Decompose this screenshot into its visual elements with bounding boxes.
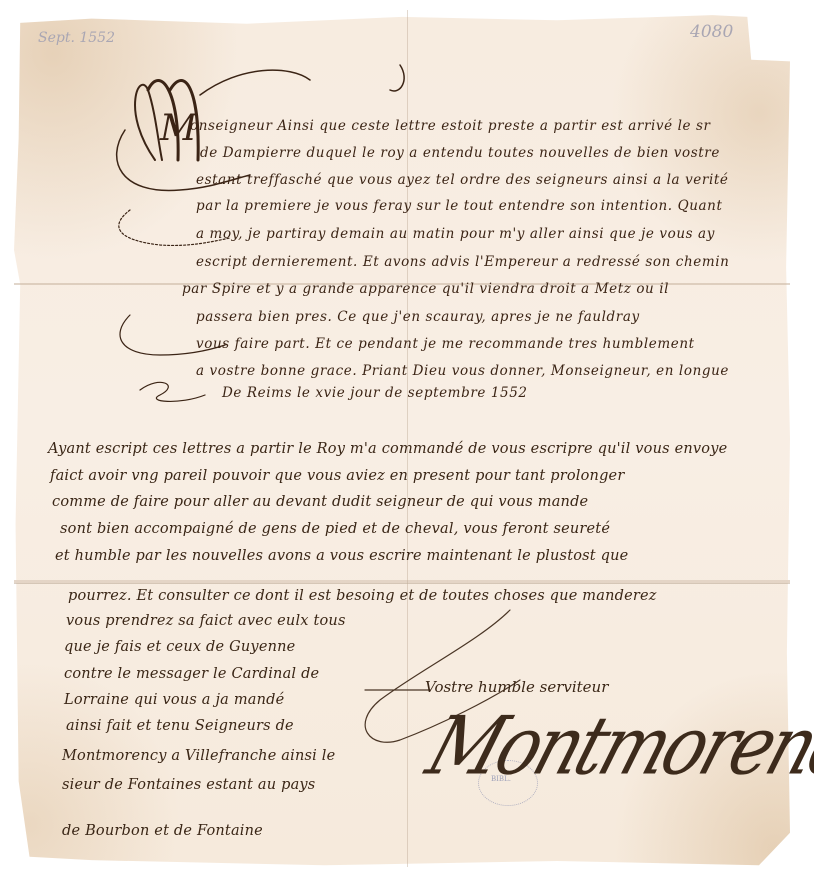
text-line: onseigneur Ainsi que ceste lettre estoit… [190, 118, 711, 134]
text-line: a vostre bonne grace. Priant Dieu vous d… [196, 363, 729, 379]
text-line: sieur de Fontaines estant au pays [62, 777, 315, 793]
text-line: faict avoir vng pareil pouvoir que vous … [50, 468, 624, 484]
text-line: que je fais et ceux de Guyenne [64, 639, 295, 655]
text-line: contre le messager le Cardinal de [64, 666, 319, 682]
text-line: de Dampierre duquel le roy a entendu tou… [200, 145, 720, 161]
text-line: ainsi fait et tenu Seigneurs de [66, 718, 294, 734]
signature: Montmorency [417, 699, 814, 793]
text-line: escript dernierement. Et avons advis l'E… [196, 254, 729, 270]
fold-crease-lower [14, 580, 790, 583]
text-line: pourrez. Et consulter ce dont il est bes… [68, 588, 657, 604]
text-line: de Bourbon et de Fontaine [62, 823, 263, 839]
text-line: estant treffasché que vous ayez tel ordr… [196, 172, 728, 188]
text-line: comme de faire pour aller au devant dudi… [52, 494, 588, 510]
text-line: et humble par les nouvelles avons a vous… [55, 548, 628, 564]
text-line: par Spire et y a grande apparence qu'il … [182, 281, 669, 297]
text-line: Lorraine qui vous a ja mandé [64, 692, 284, 708]
text-line: passera bien pres. Ce que j'en scauray, … [196, 309, 640, 325]
text-line: a moy, je partiray demain au matin pour … [196, 226, 715, 242]
text-line: vous prendrez sa faict avec eulx tous [66, 613, 346, 629]
text-line: par la premiere je vous feray sur le tou… [196, 198, 723, 214]
archive-number-annotation: 4080 [690, 22, 733, 42]
text-line: Montmorency a Villefranche ainsi le [62, 748, 335, 764]
text-line: sont bien accompaigné de gens de pied et… [60, 521, 610, 537]
text-line: vous faire part. Et ce pendant je me rec… [196, 336, 695, 352]
date-line: De Reims le xvie jour de septembre 1552 [222, 385, 528, 401]
closing-salutation: Vostre humble serviteur [425, 678, 608, 696]
archive-date-annotation: Sept. 1552 [38, 30, 115, 46]
text-line: Ayant escript ces lettres a partir le Ro… [48, 441, 727, 457]
